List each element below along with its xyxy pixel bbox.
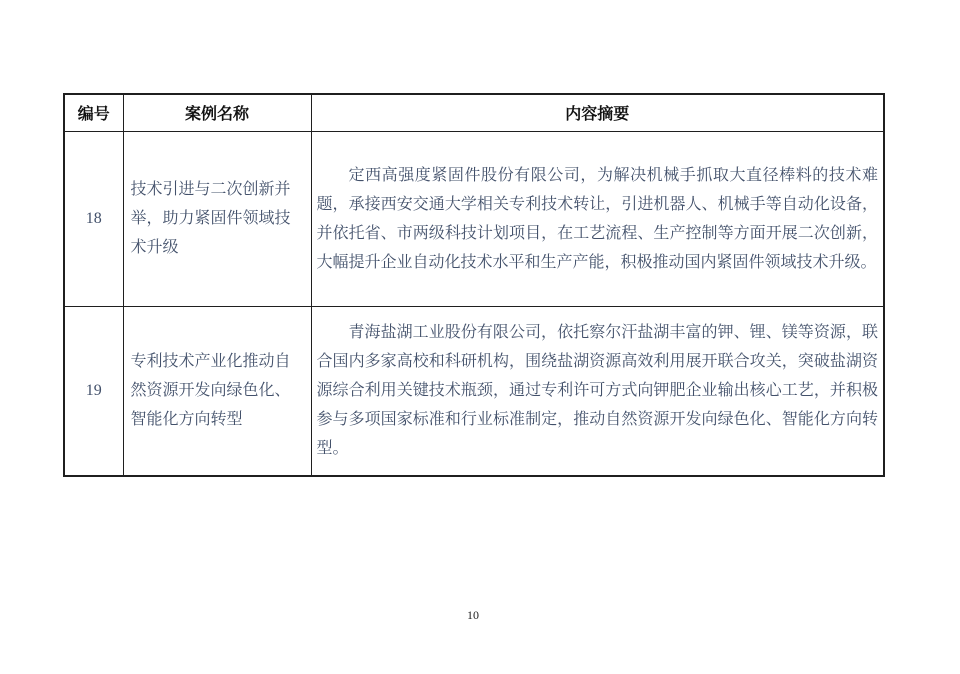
case-19-summary-text: 青海盐湖工业股份有限公司，依托察尔汗盐湖丰富的钾、锂、镁等资源，联合国内多家高校…	[317, 318, 879, 463]
case-19-name: 专利技术产业化推动自然资源开发向绿色化、智能化方向转型	[123, 306, 311, 476]
column-header-case-name: 案例名称	[123, 94, 311, 131]
table-header-row: 编号 案例名称 内容摘要	[64, 94, 884, 131]
case-18-name-text: 技术引进与二次创新并举，助力紧固件领域技术升级	[131, 175, 301, 262]
case-table: 编号 案例名称 内容摘要 18 技术引进与二次创新并举，助力紧固件领域技术升级 …	[63, 93, 885, 477]
column-header-summary: 内容摘要	[311, 94, 884, 131]
case-19-name-text: 专利技术产业化推动自然资源开发向绿色化、智能化方向转型	[131, 347, 301, 434]
column-header-number: 编号	[64, 94, 123, 131]
document-page: 编号 案例名称 内容摘要 18 技术引进与二次创新并举，助力紧固件领域技术升级 …	[0, 0, 960, 674]
case-18-name: 技术引进与二次创新并举，助力紧固件领域技术升级	[123, 131, 311, 306]
table-row-case-19: 19 专利技术产业化推动自然资源开发向绿色化、智能化方向转型 青海盐湖工业股份有…	[64, 306, 884, 476]
page-number: 10	[63, 608, 883, 623]
case-18-summary-text: 定西高强度紧固件股份有限公司，为解决机械手抓取大直径棒料的技术难题，承接西安交通…	[317, 161, 879, 277]
table-row-case-18: 18 技术引进与二次创新并举，助力紧固件领域技术升级 定西高强度紧固件股份有限公…	[64, 131, 884, 306]
case-18-number: 18	[64, 131, 123, 306]
case-19-number: 19	[64, 306, 123, 476]
case-19-summary: 青海盐湖工业股份有限公司，依托察尔汗盐湖丰富的钾、锂、镁等资源，联合国内多家高校…	[311, 306, 884, 476]
case-18-summary: 定西高强度紧固件股份有限公司，为解决机械手抓取大直径棒料的技术难题，承接西安交通…	[311, 131, 884, 306]
